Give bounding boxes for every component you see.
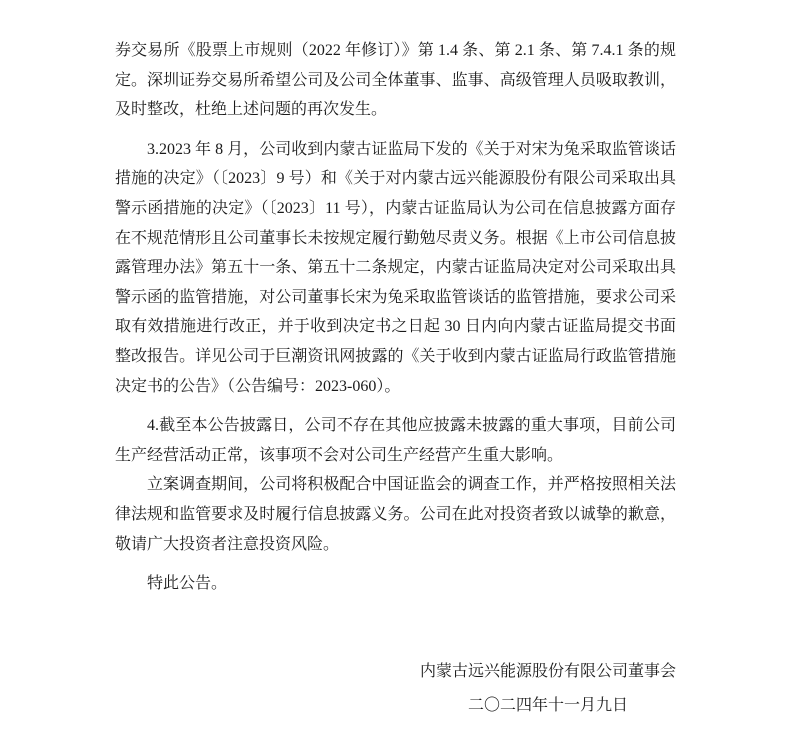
- signature-block: 内蒙古远兴能源股份有限公司董事会 二〇二四年十一月九日: [115, 657, 676, 721]
- body-paragraph-item-3: 3.2023 年 8 月，公司收到内蒙古证监局下发的《关于对宋为兔采取监管谈话措…: [115, 135, 676, 401]
- body-paragraph-investigation: 立案调查期间，公司将积极配合中国证监会的调查工作，并严格按照相关法律法规和监管要…: [115, 470, 676, 559]
- body-paragraph-item-4: 4.截至本公告披露日，公司不存在其他应披露未披露的重大事项，目前公司生产经营活动…: [115, 411, 676, 470]
- document-page: 券交易所《股票上市规则（2022 年修订）》第 1.4 条、第 2.1 条、第 …: [0, 0, 789, 734]
- signer-name: 内蒙古远兴能源股份有限公司董事会: [420, 657, 676, 687]
- signature-date: 二〇二四年十一月九日: [468, 691, 628, 721]
- announcement-body: 券交易所《股票上市规则（2022 年修订）》第 1.4 条、第 2.1 条、第 …: [0, 0, 789, 721]
- body-paragraph-rule-violation: 券交易所《股票上市规则（2022 年修订）》第 1.4 条、第 2.1 条、第 …: [115, 36, 676, 125]
- signature-inner: 内蒙古远兴能源股份有限公司董事会 二〇二四年十一月九日: [420, 657, 676, 721]
- closing-statement: 特此公告。: [115, 569, 676, 599]
